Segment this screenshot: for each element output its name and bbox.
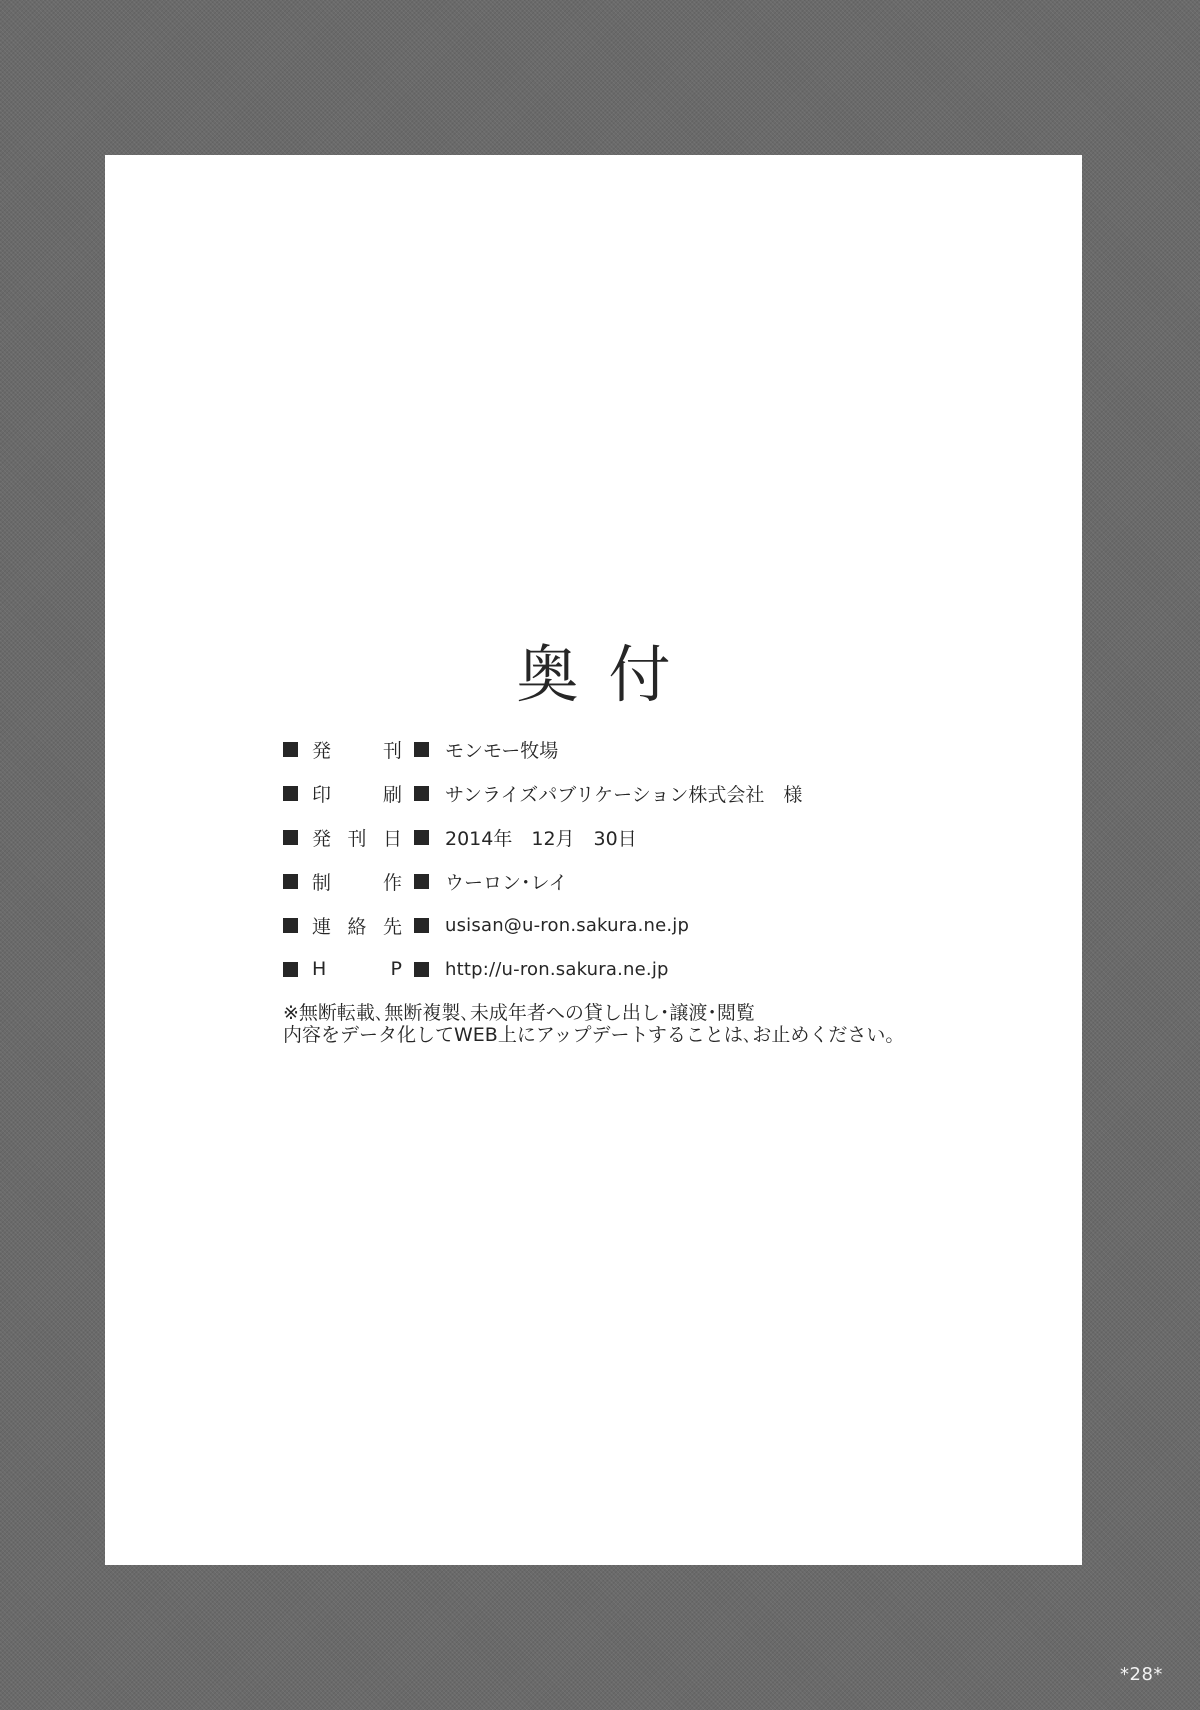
row-printer: 印 刷 サンライズパブリケーション株式会社 様	[283, 771, 802, 815]
square-bullet-icon	[414, 742, 429, 757]
square-bullet-icon	[283, 962, 298, 977]
colophon-title: 奥付	[105, 625, 1082, 714]
contact-email: usisan@u-ron.sakura.ne.jp	[445, 915, 689, 936]
notice-line: 内容をデータ化してWEB上にアップデートすることは､お止めください。	[283, 1024, 904, 1046]
colophon-rows: 発 刊 モンモー牧場 印 刷 サンライズパブリケーション株式会社 様 発刊日 2…	[283, 727, 802, 991]
row-value: ウーロン･レイ	[445, 868, 568, 895]
row-label: 発 刊	[312, 736, 402, 763]
row-contact: 連絡先 usisan@u-ron.sakura.ne.jp	[283, 903, 802, 947]
square-bullet-icon	[414, 874, 429, 889]
square-bullet-icon	[283, 874, 298, 889]
row-author: 制 作 ウーロン･レイ	[283, 859, 802, 903]
row-publisher: 発 刊 モンモー牧場	[283, 727, 802, 771]
row-value: 2014年 12月 30日	[445, 824, 637, 851]
square-bullet-icon	[283, 742, 298, 757]
square-bullet-icon	[414, 962, 429, 977]
square-bullet-icon	[414, 786, 429, 801]
row-label: 発刊日	[312, 824, 402, 851]
square-bullet-icon	[283, 830, 298, 845]
page-number: *28*	[1120, 1664, 1163, 1685]
row-publish-date: 発刊日 2014年 12月 30日	[283, 815, 802, 859]
row-label: 制 作	[312, 868, 402, 895]
homepage-url: http://u-ron.sakura.ne.jp	[445, 959, 669, 980]
copyright-notice: ※無断転載､無断複製､未成年者への貸し出し･譲渡･閲覧 内容をデータ化してWEB…	[283, 1002, 904, 1046]
square-bullet-icon	[283, 918, 298, 933]
row-value: モンモー牧場	[445, 736, 558, 763]
notice-line: ※無断転載､無断複製､未成年者への貸し出し･譲渡･閲覧	[283, 1002, 904, 1024]
row-value: サンライズパブリケーション株式会社 様	[445, 780, 802, 807]
row-label: 連絡先	[312, 912, 402, 939]
square-bullet-icon	[414, 918, 429, 933]
colophon-page: 奥付 発 刊 モンモー牧場 印 刷 サンライズパブリケーション株式会社 様 発刊…	[105, 155, 1082, 1565]
square-bullet-icon	[283, 786, 298, 801]
row-homepage: H P http://u-ron.sakura.ne.jp	[283, 947, 802, 991]
square-bullet-icon	[414, 830, 429, 845]
row-label: 印 刷	[312, 780, 402, 807]
row-label: H P	[312, 958, 402, 980]
